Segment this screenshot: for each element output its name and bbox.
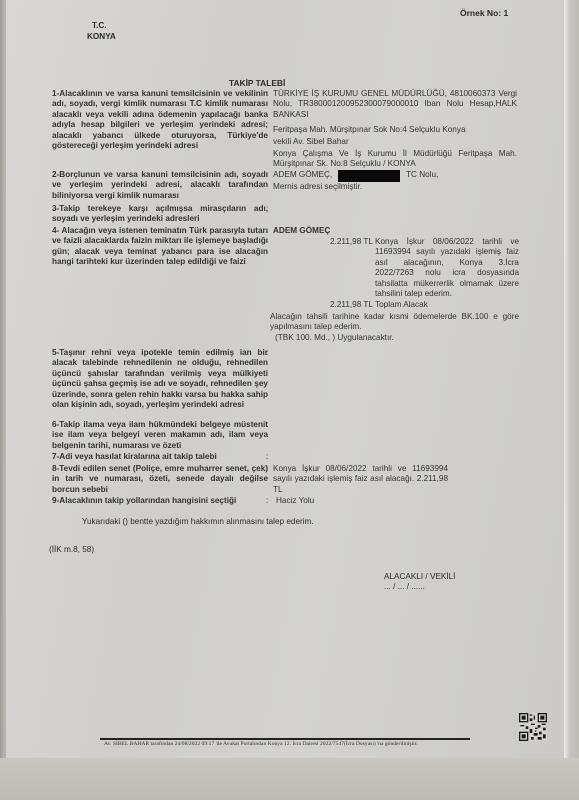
row-5-colon: : [266, 348, 268, 358]
row-1-address: Feritpaşa Mah. Mürşitpınar Sok No:4 Selç… [273, 125, 517, 135]
law-reference: (İİK m.8, 58) [49, 545, 94, 556]
redacted-id-block [338, 170, 400, 182]
row-4-debtor: ADEM GÖMEÇ [273, 226, 330, 236]
closing-request: Yukarıdaki () bentte yazdığım hakkımın a… [82, 517, 314, 528]
tbk-note: (TBK 100. Md., ) Uygulanacaktır. [275, 333, 394, 343]
signature-label: ALACAKLI / VEKİLİ [384, 572, 455, 583]
row-1-colon: : [266, 89, 268, 99]
row-6-label: 6-Takip ilama veya ilam hükmündeki belge… [52, 420, 268, 451]
row-3-label: 3-Takip terekeye karşı açılmışsa mirasçı… [52, 204, 268, 225]
row-7-colon: : [266, 452, 268, 462]
footer-submission-note: Av. SİBEL BAHAR tarafından 24/08/2022 09… [104, 741, 418, 747]
row-2-colon: : [266, 170, 268, 180]
row-4-label: 4- Alacağın veya istenen teminatın Türk … [52, 226, 268, 268]
desk-background [0, 758, 579, 800]
partial-payment-note: Alacağın tahsili tarihine kadar kısmi öd… [270, 312, 519, 333]
total-amount: 2.211,98 TL [330, 300, 373, 310]
row-1-creditor: TÜRKİYE İŞ KURUMU GENEL MÜDÜRLÜĞÜ, 48100… [273, 89, 517, 120]
city-label: KONYA [87, 32, 116, 43]
footer-rule [100, 738, 470, 740]
row-3-colon: : [266, 204, 268, 214]
row-8-value: Konya İşkur 08/06/2022 tarihli ve 116939… [273, 464, 448, 495]
row-9-colon: : [266, 496, 268, 506]
collection-method: Haciz Yolu [276, 496, 314, 506]
row-4-colon: : [266, 226, 268, 236]
claim-description: Konya İşkur 08/06/2022 tarihli ve 116939… [375, 237, 519, 299]
row-1-attorney: vekili Av. Sibel Bahar [273, 137, 517, 147]
tc-label: T.C. [92, 21, 107, 32]
page-title: TAKİP TALEBİ [229, 78, 285, 89]
copy-number: Örnek No: 1 [460, 8, 508, 19]
row-1-label: 1-Alacaklının ve varsa kanuni temsilcisi… [52, 89, 268, 151]
row-5-label: 5-Taşınır rehni veya ipotekle temin edil… [52, 348, 268, 410]
row-6-colon: : [266, 420, 268, 430]
row-8-colon: : [266, 464, 268, 474]
row-9-label: 9-Alacaklının takip yollarından hangisin… [52, 496, 268, 506]
debtor-id-suffix: TC Nolu, [406, 170, 438, 180]
row-1-attorney-address: Konya Çalışma Ve İş Kurumu İl Müdürlüğü … [273, 149, 517, 170]
claim-amount: 2.211,98 TL [330, 237, 373, 247]
row-2-label: 2-Borçlunun ve varsa kanuni temsilcisini… [52, 170, 268, 201]
total-label: Toplam Alacak [375, 300, 428, 310]
signature-date: ... / ... / ...... [384, 582, 425, 593]
debtor-name: ADEM GÖMEÇ, [273, 170, 332, 180]
row-7-label: 7-Adi veya hasılat kiralarına ait takip … [52, 452, 268, 462]
row-8-label: 8-Tevdi edilen senet (Poliçe, emre muhar… [52, 464, 268, 495]
qr-code-icon [519, 713, 547, 741]
debtor-address: Mernis adresi seçilmiştir. [273, 182, 362, 192]
paper-right-edge [564, 0, 579, 760]
